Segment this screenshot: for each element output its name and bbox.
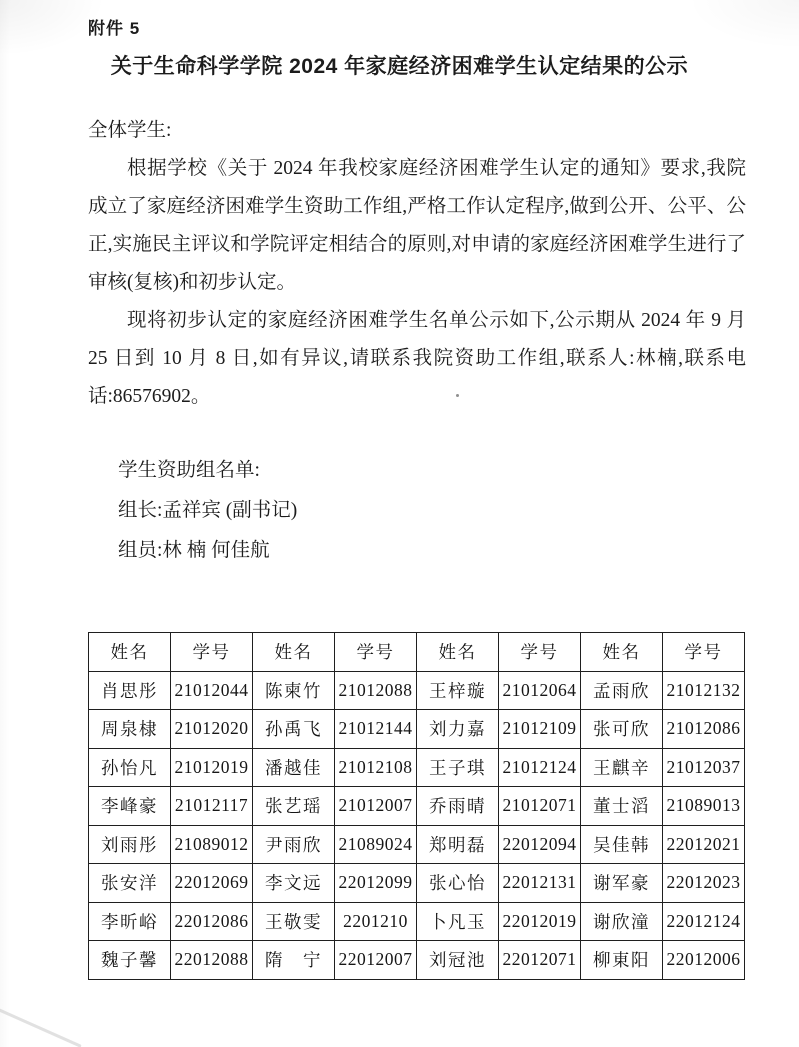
table-row: 李峰豪21012117张艺瑶21012007乔雨晴21012071董士滔2108… [89, 787, 745, 826]
student-name-cell: 肖思彤 [89, 671, 171, 710]
student-id-cell: 22012006 [663, 941, 745, 980]
student-id-cell: 21012020 [171, 710, 253, 749]
student-id-cell: 22012023 [663, 864, 745, 903]
student-name-cell: 王麒辛 [581, 748, 663, 787]
column-header: 学号 [335, 633, 417, 672]
student-id-cell: 22012007 [335, 941, 417, 980]
scan-speck-artifact [456, 394, 459, 397]
student-id-cell: 21012088 [335, 671, 417, 710]
student-name-cell: 董士滔 [581, 787, 663, 826]
student-name-cell: 吴佳韩 [581, 825, 663, 864]
student-name-cell: 刘冠池 [417, 941, 499, 980]
student-name-cell: 张安洋 [89, 864, 171, 903]
student-id-cell: 22012094 [499, 825, 581, 864]
student-id-cell: 22012099 [335, 864, 417, 903]
student-name-cell: 孟雨欣 [581, 671, 663, 710]
table-row: 孙怡凡21012019潘越佳21012108王子琪21012124王麒辛2101… [89, 748, 745, 787]
column-header: 姓名 [581, 633, 663, 672]
table-row: 刘雨彤21089012尹雨欣21089024郑明磊22012094吴佳韩2201… [89, 825, 745, 864]
student-name-cell: 谢军豪 [581, 864, 663, 903]
student-id-cell: 22012124 [663, 902, 745, 941]
student-name-cell: 乔雨晴 [417, 787, 499, 826]
student-id-cell: 22012021 [663, 825, 745, 864]
column-header: 学号 [663, 633, 745, 672]
student-id-cell: 22012088 [171, 941, 253, 980]
student-id-cell: 21012019 [171, 748, 253, 787]
roster-heading: 学生资助组名单: [88, 452, 746, 490]
document-title: 关于生命科学学院 2024 年家庭经济困难学生认定结果的公示 [0, 50, 799, 80]
column-header: 学号 [171, 633, 253, 672]
student-id-cell: 21012086 [663, 710, 745, 749]
table-row: 李昕峪22012086王敬雯2201210卜凡玉22012019谢欣潼22012… [89, 902, 745, 941]
student-id-cell: 21012037 [663, 748, 745, 787]
student-name-cell: 尹雨欣 [253, 825, 335, 864]
paragraph-2: 现将初步认定的家庭经济困难学生名单公示如下,公示期从 2024 年 9 月 25… [88, 302, 746, 416]
student-name-cell: 陈柬竹 [253, 671, 335, 710]
student-name-cell: 王子琪 [417, 748, 499, 787]
student-name-cell: 孙禹飞 [253, 710, 335, 749]
student-id-cell: 21012144 [335, 710, 417, 749]
student-name-cell: 刘力嘉 [417, 710, 499, 749]
roster-leader: 组长:孟祥宾 (副书记) [88, 492, 746, 530]
student-name-cell: 孙怡凡 [89, 748, 171, 787]
table-row: 张安洋22012069李文远22012099张心怡22012131谢军豪2201… [89, 864, 745, 903]
student-name-cell: 李文远 [253, 864, 335, 903]
table-row: 肖思彤21012044陈柬竹21012088王梓璇21012064孟雨欣2101… [89, 671, 745, 710]
column-header: 姓名 [89, 633, 171, 672]
salutation: 全体学生: [88, 112, 746, 150]
column-header: 姓名 [253, 633, 335, 672]
student-id-cell: 22012131 [499, 864, 581, 903]
student-id-cell: 21012109 [499, 710, 581, 749]
scan-fold-artifact [0, 1006, 82, 1047]
student-name-cell: 柳東阳 [581, 941, 663, 980]
table-row: 周泉棣21012020孙禹飞21012144刘力嘉21012109张可欣2101… [89, 710, 745, 749]
roster-members: 组员:林 楠 何佳航 [88, 532, 746, 570]
student-id-cell: 21012132 [663, 671, 745, 710]
document-page: 附件 5 关于生命科学学院 2024 年家庭经济困难学生认定结果的公示 全体学生… [0, 0, 799, 1047]
student-id-cell: 21012044 [171, 671, 253, 710]
student-id-cell: 2201210 [335, 902, 417, 941]
document-body: 全体学生: 根据学校《关于 2024 年我校家庭经济困难学生认定的通知》要求,我… [88, 112, 746, 570]
table-row: 魏子馨22012088隋 宁22012007刘冠池22012071柳東阳2201… [89, 941, 745, 980]
student-id-cell: 21012064 [499, 671, 581, 710]
student-name-cell: 潘越佳 [253, 748, 335, 787]
student-name-cell: 张可欣 [581, 710, 663, 749]
student-name-cell: 谢欣潼 [581, 902, 663, 941]
student-id-cell: 21089012 [171, 825, 253, 864]
attachment-label: 附件 5 [88, 14, 140, 39]
table-header-row: 姓名学号姓名学号姓名学号姓名学号 [89, 633, 745, 672]
student-id-cell: 22012071 [499, 941, 581, 980]
column-header: 学号 [499, 633, 581, 672]
student-name-cell: 卜凡玉 [417, 902, 499, 941]
student-name-cell: 郑明磊 [417, 825, 499, 864]
student-table: 姓名学号姓名学号姓名学号姓名学号 肖思彤21012044陈柬竹21012088王… [88, 632, 745, 980]
student-name-cell: 王敬雯 [253, 902, 335, 941]
student-id-cell: 22012086 [171, 902, 253, 941]
student-id-cell: 21012117 [171, 787, 253, 826]
student-name-cell: 李峰豪 [89, 787, 171, 826]
student-id-cell: 21012071 [499, 787, 581, 826]
student-name-cell: 刘雨彤 [89, 825, 171, 864]
student-name-cell: 魏子馨 [89, 941, 171, 980]
student-id-cell: 22012069 [171, 864, 253, 903]
student-id-cell: 21089024 [335, 825, 417, 864]
student-id-cell: 22012019 [499, 902, 581, 941]
student-id-cell: 21012124 [499, 748, 581, 787]
student-name-cell: 周泉棣 [89, 710, 171, 749]
student-name-cell: 张艺瑶 [253, 787, 335, 826]
student-id-cell: 21012108 [335, 748, 417, 787]
column-header: 姓名 [417, 633, 499, 672]
student-name-cell: 张心怡 [417, 864, 499, 903]
student-name-cell: 隋 宁 [253, 941, 335, 980]
table-body: 肖思彤21012044陈柬竹21012088王梓璇21012064孟雨欣2101… [89, 671, 745, 979]
student-name-cell: 王梓璇 [417, 671, 499, 710]
student-id-cell: 21012007 [335, 787, 417, 826]
student-id-cell: 21089013 [663, 787, 745, 826]
student-name-cell: 李昕峪 [89, 902, 171, 941]
paragraph-1: 根据学校《关于 2024 年我校家庭经济困难学生认定的通知》要求,我院成立了家庭… [88, 150, 746, 302]
